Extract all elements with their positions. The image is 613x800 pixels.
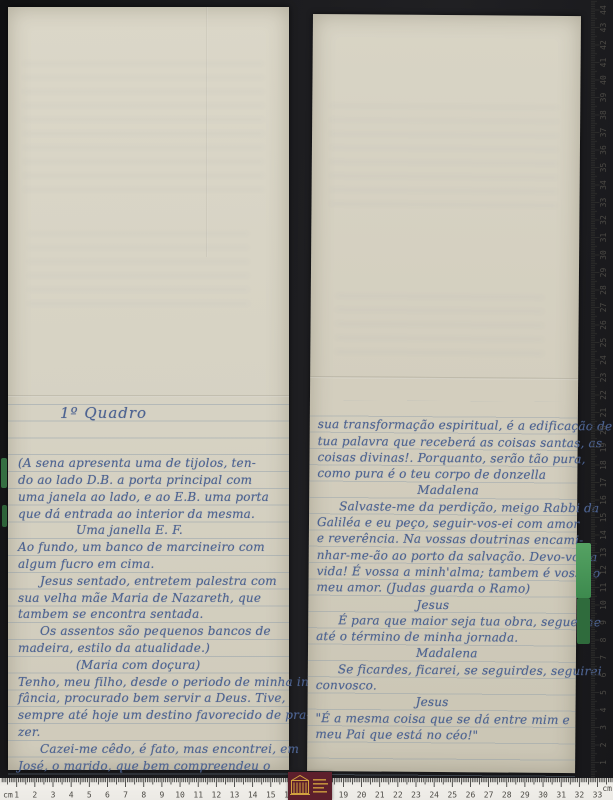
ruler-number: 32 bbox=[575, 791, 585, 800]
ruler-number: 6 bbox=[105, 791, 110, 800]
manuscript-line: sempre até hoje um destino favorecido de… bbox=[18, 707, 281, 724]
ruler-number: 29 bbox=[520, 791, 530, 800]
ruler-number: 24 bbox=[599, 355, 608, 365]
speaker-name: Madalena bbox=[417, 482, 571, 500]
ruler-number: 11 bbox=[599, 583, 608, 593]
ruler-number: 34 bbox=[599, 180, 608, 190]
institution-logo bbox=[288, 772, 332, 800]
manuscript-line: Os assentos são pequenos bancos de bbox=[40, 623, 281, 640]
ruler-number: 10 bbox=[599, 600, 608, 610]
ruler-number: 3 bbox=[51, 791, 56, 800]
ruler-number: 14 bbox=[248, 791, 258, 800]
ruler-number: 7 bbox=[599, 655, 608, 660]
ruler-number: 24 bbox=[429, 791, 439, 800]
ruler-number: 22 bbox=[599, 390, 608, 400]
manuscript-line: (A sena apresenta uma de tijolos, ten- bbox=[18, 455, 281, 472]
ruler-number: 25 bbox=[599, 338, 608, 348]
ruler-number: 33 bbox=[593, 791, 603, 800]
ruler-number: 10 bbox=[175, 791, 185, 800]
manuscript-line: (Maria com doçura) bbox=[76, 657, 281, 674]
bleed-through-text bbox=[335, 294, 543, 356]
manuscript-line: Galiléa e eu peço, seguir-vos-ei com amo… bbox=[317, 514, 571, 532]
manuscript-left-page: 1º Quadro(A sena apresenta uma de tijolo… bbox=[8, 7, 289, 770]
ruler-number: 32 bbox=[599, 215, 608, 225]
ruler-number: 23 bbox=[599, 373, 608, 383]
ruler-number: 18 bbox=[599, 460, 608, 470]
ruler-number: 15 bbox=[599, 513, 608, 523]
manuscript-line: Salvaste-me da perdição, meigo Rabbi da bbox=[339, 498, 571, 516]
ruler-number: 19 bbox=[339, 791, 349, 800]
ruler-number: 7 bbox=[123, 791, 128, 800]
manuscript-line: sua velha mãe Maria de Nazareth, que bbox=[18, 590, 281, 607]
ruler-number: 26 bbox=[466, 791, 476, 800]
vertical-ruler-unit-label: cm bbox=[602, 784, 612, 793]
ruler-number: 9 bbox=[599, 620, 608, 625]
ruler-number: 13 bbox=[599, 548, 608, 558]
ruler-number: 8 bbox=[141, 791, 146, 800]
ruler-number: 13 bbox=[230, 791, 240, 800]
ruler-number: 12 bbox=[599, 565, 608, 575]
manuscript-line: meu amor. (Judas guarda o Ramo) bbox=[316, 579, 570, 597]
ruler-unit-label: cm bbox=[3, 791, 13, 800]
ruler-number: 21 bbox=[375, 791, 385, 800]
manuscript-line: algum fucro em cima. bbox=[18, 556, 281, 573]
ruler-number: 31 bbox=[599, 233, 608, 243]
manuscript-line: meu Pai que está no céo!" bbox=[315, 726, 569, 744]
manuscript-line: zer. bbox=[18, 724, 281, 741]
manuscript-line: Tenho, meu filho, desde o periodo de min… bbox=[18, 674, 281, 691]
ruler-number: 14 bbox=[599, 530, 608, 540]
ruler-number: 9 bbox=[159, 791, 164, 800]
ruler-number: 43 bbox=[599, 23, 608, 33]
manuscript-line: "É a mesma coisa que se dá entre mim e bbox=[315, 710, 569, 728]
manuscript-line: Cazei-me cêdo, é fato, mas encontrei, em bbox=[40, 741, 281, 758]
manuscript-text-right: sua transformação espiritual, é a edific… bbox=[307, 400, 578, 778]
scan-background: 1º Quadro(A sena apresenta uma de tijolo… bbox=[0, 0, 613, 800]
manuscript-line: Se ficardes, ficarei, se seguirdes, segu… bbox=[338, 661, 570, 679]
ruler-number: 44 bbox=[599, 5, 608, 15]
manuscript-line: uma janela ao lado, e ao E.B. uma porta bbox=[18, 489, 281, 506]
ruler-number: 23 bbox=[411, 791, 421, 800]
green-backing-right bbox=[576, 543, 591, 598]
ruler-number: 1 bbox=[14, 791, 19, 800]
ruler-number: 19 bbox=[599, 443, 608, 453]
ruler-number: 42 bbox=[599, 40, 608, 50]
ruler-number: 31 bbox=[556, 791, 566, 800]
ruler-number: 41 bbox=[599, 58, 608, 68]
ruler-number: 17 bbox=[599, 478, 608, 488]
manuscript-line: até o término de minha jornada. bbox=[316, 628, 570, 646]
manuscript-line: convosco. bbox=[316, 677, 570, 695]
manuscript-line: nhar-me-ão ao porto da salvação. Devo-vo… bbox=[317, 547, 571, 565]
ruler-number: 26 bbox=[599, 320, 608, 330]
ruler-number: 12 bbox=[212, 791, 222, 800]
vertical-ruler: 1234567891011121314151617181920212223242… bbox=[591, 0, 613, 779]
ruler-number: 4 bbox=[599, 707, 608, 712]
manuscript-line: que dá entrada ao interior da mesma. bbox=[18, 506, 281, 523]
ruler-number: 35 bbox=[599, 163, 608, 173]
ruler-number: 16 bbox=[599, 495, 608, 505]
manuscript-line: tua palavra que receberá as coisas santa… bbox=[318, 433, 572, 451]
speaker-name: Madalena bbox=[416, 645, 570, 663]
manuscript-line: Ao fundo, um banco de marcineiro com bbox=[18, 539, 281, 556]
manuscript-right-page: sua transformação espiritual, é a edific… bbox=[307, 14, 581, 773]
manuscript-line: Jesus sentado, entretem palestra com bbox=[40, 573, 281, 590]
ruler-number: 2 bbox=[32, 791, 37, 800]
ruler-number: 20 bbox=[599, 425, 608, 435]
manuscript-title: 1º Quadro bbox=[60, 405, 281, 455]
ruler-number: 28 bbox=[599, 285, 608, 295]
ruler-number: 15 bbox=[266, 791, 276, 800]
manuscript-line: e reverência. Na vossas doutrinas encami… bbox=[317, 530, 571, 548]
ruler-number: 37 bbox=[599, 128, 608, 138]
page-crease bbox=[310, 376, 578, 380]
green-backing-right bbox=[577, 598, 590, 644]
ruler-number: 5 bbox=[87, 791, 92, 800]
speaker-name: Jesus bbox=[416, 694, 570, 712]
speaker-name: Jesus bbox=[416, 596, 570, 614]
manuscript-line: José, o marido, que bem compreendeu o bbox=[18, 758, 281, 775]
building-icon bbox=[290, 776, 310, 795]
green-backing-left bbox=[2, 505, 7, 527]
ruler-number: 36 bbox=[599, 145, 608, 155]
ruler-number: 40 bbox=[599, 75, 608, 85]
ruler-number: 3 bbox=[599, 725, 608, 730]
ruler-number: 30 bbox=[538, 791, 548, 800]
manuscript-line: do ao lado D.B. a porta principal com bbox=[18, 472, 281, 489]
green-backing-left bbox=[1, 458, 7, 488]
bleed-through-text bbox=[23, 62, 264, 192]
manuscript-text-left: 1º Quadro(A sena apresenta uma de tijolo… bbox=[8, 388, 289, 787]
ruler-number: 30 bbox=[599, 250, 608, 260]
ruler-number: 1 bbox=[599, 760, 608, 765]
ruler-number: 5 bbox=[599, 690, 608, 695]
manuscript-line: Uma janella E. F. bbox=[76, 522, 281, 539]
manuscript-line: madeira, estilo da atualidade.) bbox=[18, 640, 281, 657]
manuscript-line: fância, procurado bem servir a Deus. Tiv… bbox=[18, 690, 281, 707]
ruler-number: 27 bbox=[484, 791, 494, 800]
ruler-number: 20 bbox=[357, 791, 367, 800]
ruler-number: 27 bbox=[599, 303, 608, 313]
ruler-number: 28 bbox=[502, 791, 512, 800]
manuscript-line: tambem se encontra sentada. bbox=[18, 606, 281, 623]
bleed-through-text bbox=[329, 104, 558, 216]
manuscript-line: como pura é o teu corpo de donzella bbox=[317, 465, 571, 483]
manuscript-line: vida! É vossa a minh'alma; tambem é voss… bbox=[317, 563, 571, 581]
ruler-number: 6 bbox=[599, 672, 608, 677]
ruler-number: 8 bbox=[599, 637, 608, 642]
logo-text-marks bbox=[313, 779, 328, 793]
ruler-number: 38 bbox=[599, 110, 608, 120]
manuscript-line: coisas divinas!. Porquanto, serão tão pu… bbox=[317, 449, 571, 467]
ruler-number: 2 bbox=[599, 742, 608, 747]
ruler-number: 21 bbox=[599, 408, 608, 418]
manuscript-line: É para que maior seja tua obra, segue-me bbox=[338, 612, 570, 630]
ruler-number: 29 bbox=[599, 268, 608, 278]
ruler-number: 4 bbox=[69, 791, 74, 800]
ruler-number: 22 bbox=[393, 791, 403, 800]
ruler-number: 11 bbox=[193, 791, 203, 800]
ruler-number: 33 bbox=[599, 198, 608, 208]
ruler-number: 25 bbox=[447, 791, 457, 800]
ruler-number: 39 bbox=[599, 93, 608, 103]
bleed-through-text bbox=[28, 232, 249, 307]
manuscript-line: sua transformação espiritual, é a edific… bbox=[318, 416, 572, 434]
